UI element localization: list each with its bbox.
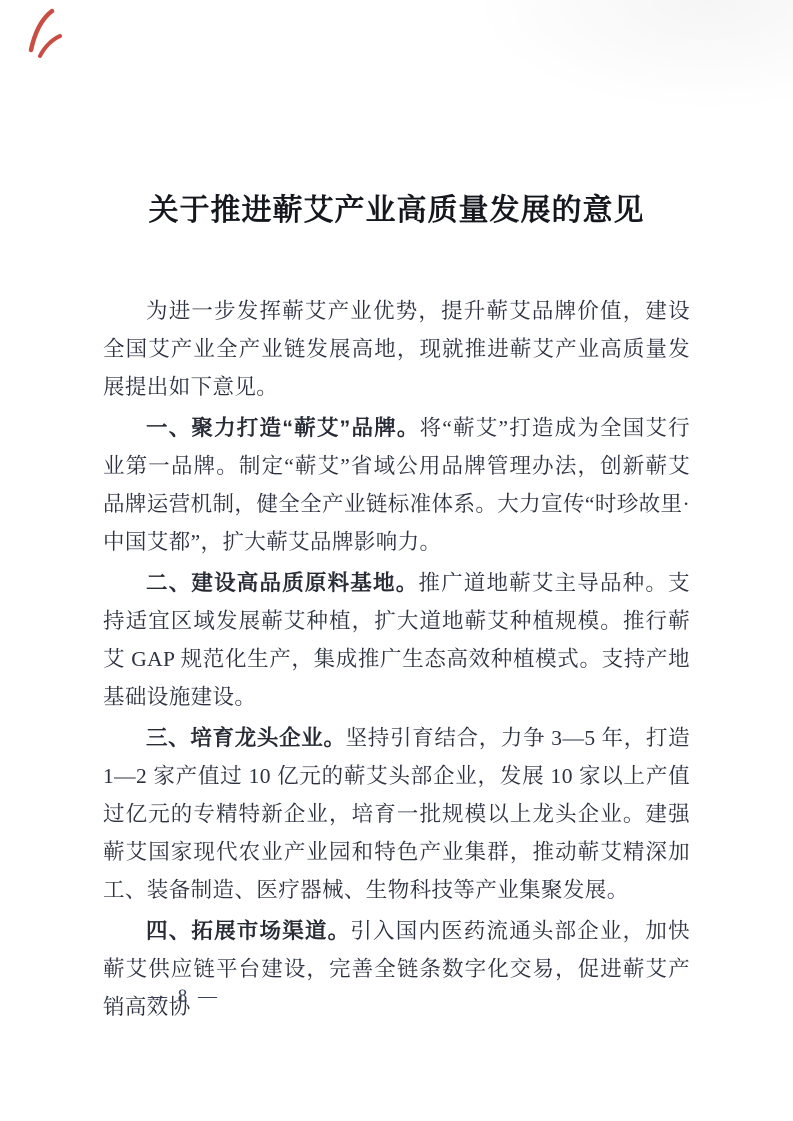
scan-noise-artifact (453, 0, 793, 120)
section-paragraph-1: 一、聚力打造“蕲艾”品牌。将“蕲艾”打造成为全国艾行业第一品牌。制定“蕲艾”省域… (103, 409, 690, 561)
red-pen-mark-icon (24, 6, 64, 60)
section-heading-2: 二、建设高品质原料基地。 (146, 571, 418, 595)
section-paragraph-3: 三、培育龙头企业。坚持引育结合，力争 3—5 年，打造 1—2 家产值过 10 … (103, 719, 690, 909)
document-title: 关于推进蕲艾产业高质量发展的意见 (103, 190, 690, 232)
section-paragraph-2: 二、建设高品质原料基地。推广道地蕲艾主导品种。支持适宜区域发展蕲艾种植，扩大道地… (103, 564, 690, 716)
section-heading-1: 一、聚力打造“蕲艾”品牌。 (146, 416, 420, 440)
section-heading-3: 三、培育龙头企业。 (146, 726, 346, 750)
page-number: — 8 — (148, 986, 220, 1008)
section-heading-4: 四、拓展市场渠道。 (146, 919, 350, 943)
section-paragraph-4: 四、拓展市场渠道。引入国内医药流通头部企业，加快蕲艾供应链平台建设，完善全链条数… (103, 912, 690, 1026)
intro-paragraph: 为进一步发挥蕲艾产业优势，提升蕲艾品牌价值，建设全国艾产业全产业链发展高地，现就… (103, 292, 690, 406)
document-body: 为进一步发挥蕲艾产业优势，提升蕲艾品牌价值，建设全国艾产业全产业链发展高地，现就… (103, 292, 690, 1026)
section-body-3: 坚持引育结合，力争 3—5 年，打造 1—2 家产值过 10 亿元的蕲艾头部企业… (103, 726, 690, 902)
intro-text: 为进一步发挥蕲艾产业优势，提升蕲艾品牌价值，建设全国艾产业全产业链发展高地，现就… (103, 299, 690, 399)
document-page: 关于推进蕲艾产业高质量发展的意见 为进一步发挥蕲艾产业优势，提升蕲艾品牌价值，建… (0, 0, 793, 1121)
